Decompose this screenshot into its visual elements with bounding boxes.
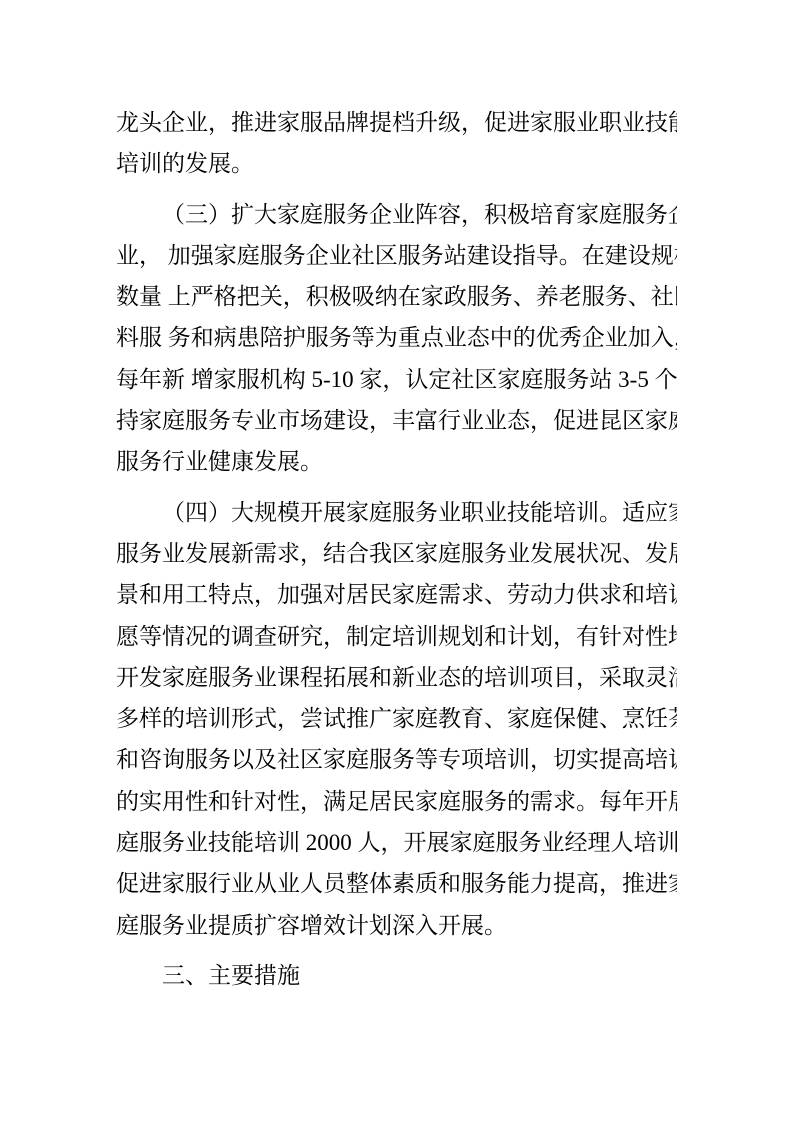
- text-line: 服务行业健康发展。: [116, 441, 677, 482]
- text-line: 庭服务业提质扩容增效计划深入开展。: [116, 905, 677, 946]
- text-line: 庭服务业技能培训 2000 人，开展家庭服务业经理人培训，: [116, 822, 677, 863]
- text-line: 每年新 增家服机构 5-10 家，认定社区家庭服务站 3-5 个。支: [116, 359, 677, 400]
- text-line: 持家庭服务专业市场建设，丰富行业业态，促进昆区家庭: [116, 400, 677, 441]
- section-heading-text: 三、主要措施: [116, 955, 677, 996]
- text-line: 的实用性和针对性，满足居民家庭服务的需求。每年开展家: [116, 781, 677, 822]
- text-line: 服务业发展新需求，结合我区家庭服务业发展状况、发展前: [116, 533, 677, 574]
- text-line: 景和用工特点，加强对居民家庭需求、劳动力供求和培训意: [116, 574, 677, 615]
- para-section-4: （四）大规模开展家庭服务业职业技能培训。适应家庭服务业发展新需求，结合我区家庭服…: [116, 492, 677, 946]
- text-line: 培训的发展。: [116, 143, 677, 184]
- text-line: 数量 上严格把关，积极吸纳在家政服务、养老服务、社区照: [116, 276, 677, 317]
- text-line: 料服 务和病患陪护服务等为重点业态中的优秀企业加入，: [116, 317, 677, 358]
- text-line: 促进家服行业从业人员整体素质和服务能力提高，推进家: [116, 863, 677, 904]
- text-line: 龙头企业，推进家服品牌提档升级，促进家服业职业技能: [116, 102, 677, 143]
- para-section-3: （三）扩大家庭服务企业阵容，积极培育家庭服务企业， 加强家庭服务企业社区服务站建…: [116, 194, 677, 483]
- text-line: （四）大规模开展家庭服务业职业技能培训。适应家庭: [116, 492, 677, 533]
- document-page: 龙头企业，推进家服品牌提档升级，促进家服业职业技能培训的发展。（三）扩大家庭服务…: [0, 0, 793, 1122]
- text-line: （三）扩大家庭服务企业阵容，积极培育家庭服务企: [116, 194, 677, 235]
- text-line: 多样的培训形式，尝试推广家庭教育、家庭保健、烹饪茶艺: [116, 698, 677, 739]
- text-line: 愿等情况的调查研究，制定培训规划和计划，有针对性地: [116, 616, 677, 657]
- text-line: 业， 加强家庭服务企业社区服务站建设指导。在建设规模和: [116, 235, 677, 276]
- heading-main-measures: 三、主要措施: [116, 955, 677, 996]
- text-line: 开发家庭服务业课程拓展和新业态的培训项目，采取灵活: [116, 657, 677, 698]
- text-line: 和咨询服务以及社区家庭服务等专项培训，切实提高培训: [116, 739, 677, 780]
- para-continuation: 龙头企业，推进家服品牌提档升级，促进家服业职业技能培训的发展。: [116, 102, 677, 185]
- document-content: 龙头企业，推进家服品牌提档升级，促进家服业职业技能培训的发展。（三）扩大家庭服务…: [116, 102, 677, 1005]
